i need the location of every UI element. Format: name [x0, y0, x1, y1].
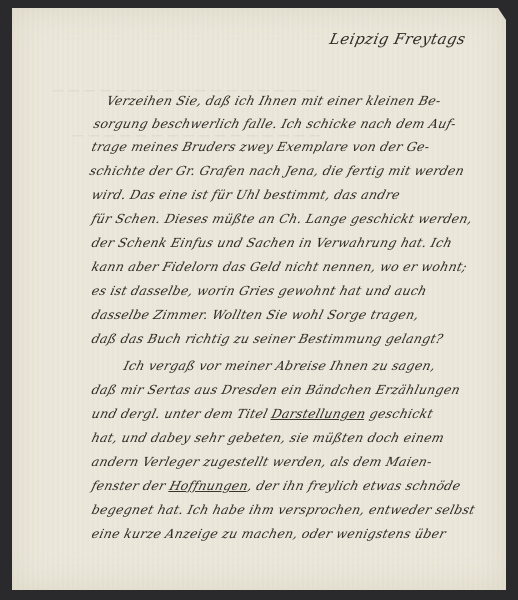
letter-line-18: begegnet hat. Ich habe ihm versprochen, …	[90, 502, 477, 517]
underlined-word: Darstellungen	[270, 406, 367, 421]
letter-line-3: trage meines Bruders zwey Exemplare von …	[90, 139, 431, 154]
letter-line-2: sorgung beschwerlich falle. Ich schicke …	[92, 116, 458, 131]
letter-line-19: eine kurze Anzeige zu machen, oder wenig…	[90, 526, 448, 541]
letter-line-6: für Schen. Dieses müßte an Ch. Lange ges…	[90, 211, 474, 226]
letter-line-1: Verzeihen Sie, daß ich Ihnen mit einer k…	[105, 93, 443, 108]
letter-line-8: kann aber Fidelorn das Geld nicht nennen…	[90, 259, 469, 274]
letter-line-16: andern Verleger zugestellt werden, als d…	[90, 454, 434, 469]
letter-line-11: daß das Buch richtig zu seiner Bestimmun…	[90, 331, 445, 346]
letter-line-7: der Schenk Einfus und Sachen in Verwahru…	[90, 235, 454, 250]
letter-line-5: wird. Das eine ist für Uhl bestimmt, das…	[90, 187, 402, 202]
letter-header-place: Leipzig Freytags	[328, 30, 467, 48]
letter-line-14: und dergl. unter dem Titel Darstellungen…	[90, 406, 435, 421]
letter-line-15: hat, und dabey sehr gebeten, sie müßten …	[90, 430, 446, 445]
letter-line-9: es ist dasselbe, worin Gries gewohnt hat…	[90, 283, 428, 298]
letter-line-4: schichte der Gr. Grafen nach Jena, die f…	[88, 163, 466, 178]
letter-page: — — — — — — — — — — — — — — — — — — — — …	[12, 8, 506, 590]
underlined-word: Hoffnungen	[168, 478, 250, 493]
letter-line-10: dasselbe Zimmer. Wollten Sie wohl Sorge …	[90, 307, 421, 322]
letter-line-17: fenster der Hoffnungen, der ihn freylich…	[90, 478, 462, 493]
letter-line-13: daß mir Sertas aus Dresden ein Bändchen …	[90, 382, 462, 397]
letter-line-12: Ich vergaß vor meiner Abreise Ihnen zu s…	[122, 358, 437, 373]
